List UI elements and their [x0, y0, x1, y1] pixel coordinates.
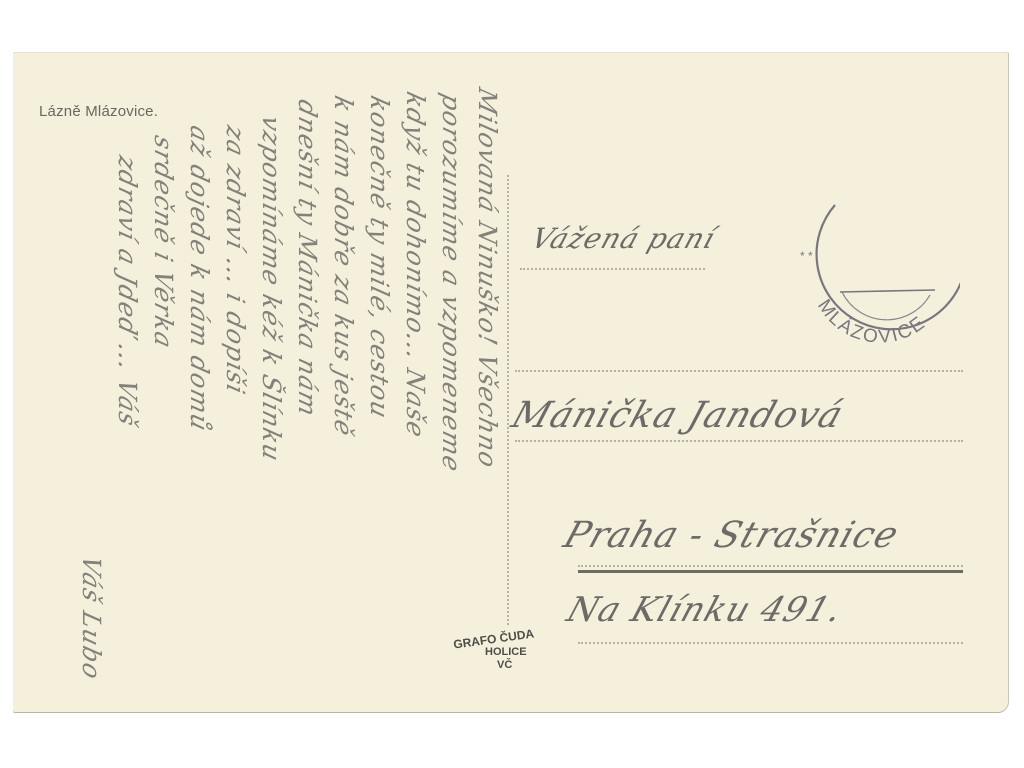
message-line: vzpomínáme kéž k Šlínku	[257, 113, 286, 465]
message-line: porozumíme a vzpomeneme	[437, 91, 466, 476]
message-line: až dojede k nám domů	[185, 123, 214, 435]
printer-mark: GRAFO ČUDA HOLICE VČ	[445, 630, 565, 680]
message-line: když tu dohonímo... Naše	[401, 89, 430, 442]
address-city: Praha - Strašnice	[559, 515, 904, 556]
address-line-2	[515, 370, 963, 372]
address-line-3	[515, 440, 963, 442]
message-line: zdraví a Jdeď ... Váš	[113, 153, 142, 430]
postmark-stars: * *	[800, 249, 813, 263]
address-street: Na Klínku 491.	[562, 590, 848, 630]
address-line-5	[578, 642, 963, 644]
svg-text:MLÁZOVICE: MLÁZOVICE	[813, 296, 930, 348]
message-line: Milovaná Ninuško! Všechno	[473, 85, 502, 472]
printer-town: HOLICE	[485, 646, 527, 658]
address-line-4	[578, 565, 963, 567]
address-name: Mánička Jandová	[507, 395, 849, 436]
message-line: konečně ty milé, cestou	[365, 93, 394, 423]
printer-region: VČ	[497, 659, 512, 671]
address-line-1	[520, 268, 705, 270]
message-line: za zdraví ... i dopíši	[221, 123, 250, 398]
address-underline	[578, 570, 963, 573]
postcard-caption: Lázně Mlázovice.	[39, 103, 158, 120]
message-line: Váš Lubo	[77, 553, 106, 683]
message-line: dnešní ty Mánička nám	[293, 97, 322, 420]
postmark-stamp: MLÁZOVICE * *	[790, 200, 960, 350]
message-line: srdečně i Věrka	[149, 133, 178, 352]
address-salutation: Vážená paní	[527, 222, 720, 255]
postmark-town: MLÁZOVICE	[813, 296, 930, 348]
message-line: k nám dobře za kus ještě	[329, 93, 358, 440]
card-divider	[507, 175, 509, 625]
